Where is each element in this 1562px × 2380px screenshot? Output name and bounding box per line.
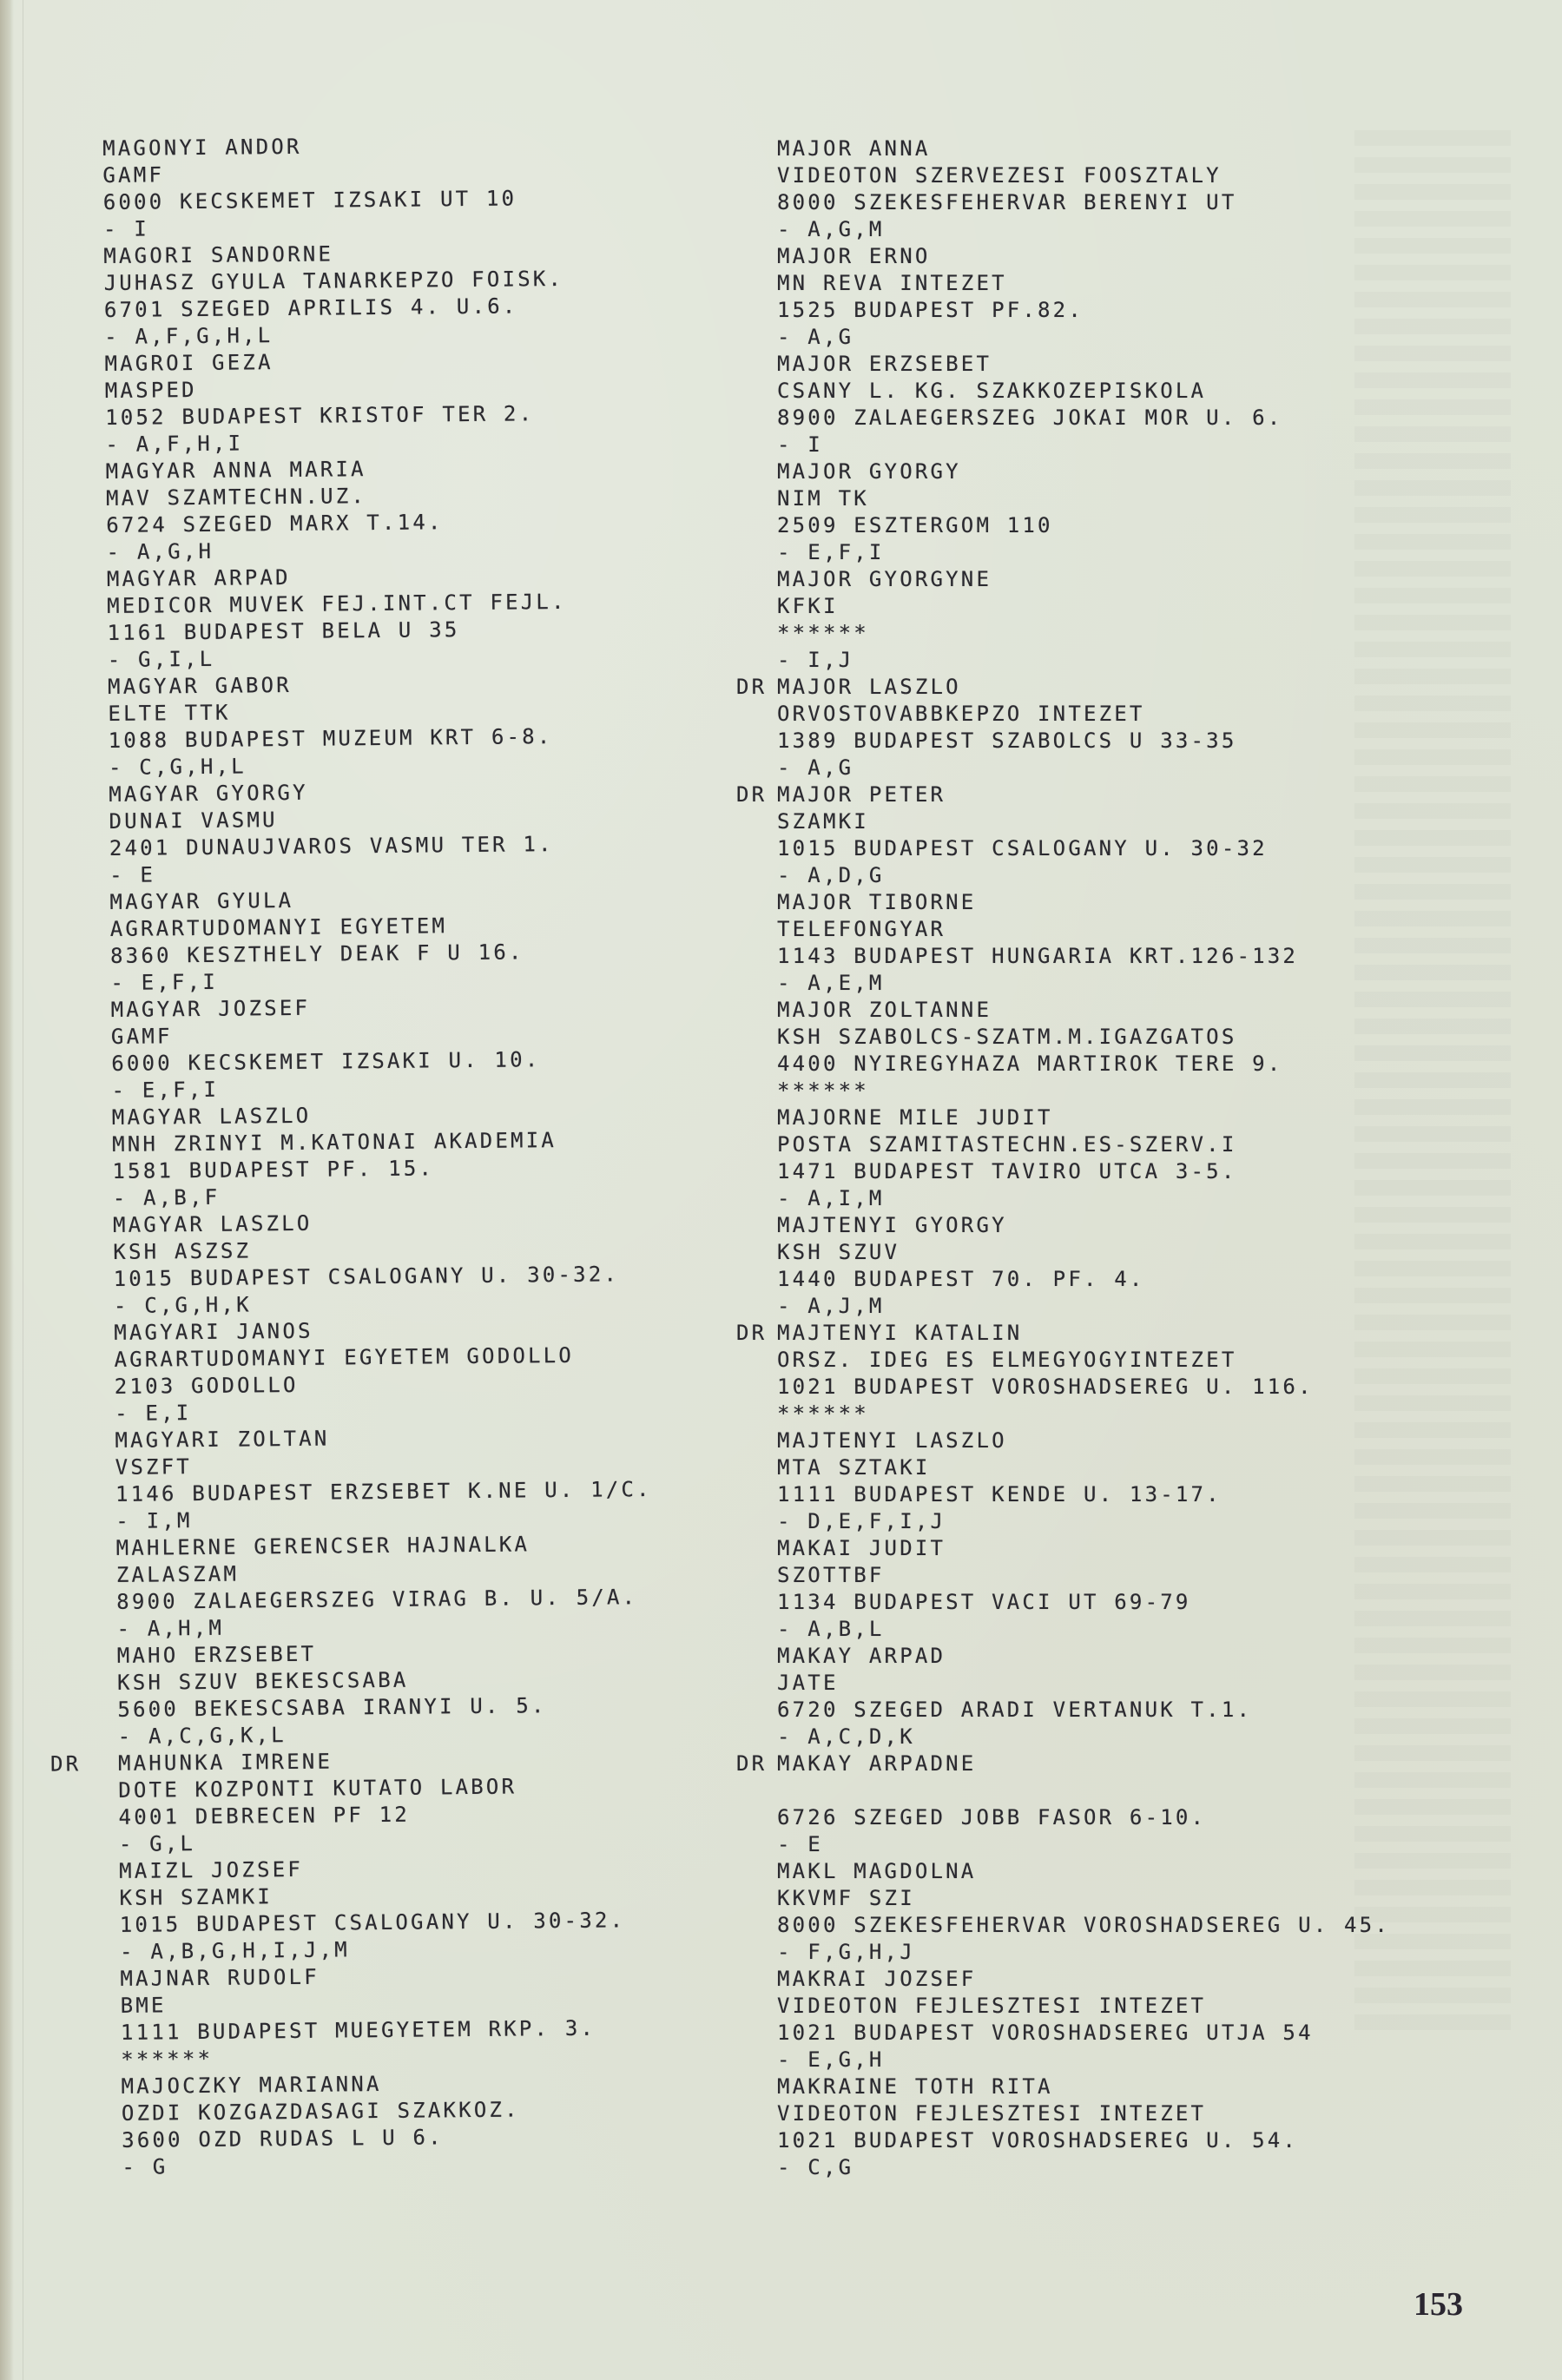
line-text: 1143 BUDAPEST HUNGARIA KRT.126-132 <box>777 944 1298 968</box>
line-text: VIDEOTON FEJLESZTESI INTEZET <box>777 2101 1206 2126</box>
line-text: KFKI <box>777 594 839 618</box>
line-text: MAV SZAMTECHN.UZ. <box>106 484 366 511</box>
line-text: BME <box>121 1993 167 2018</box>
line-text: 6726 SZEGED JOBB FASOR 6-10. <box>777 1805 1206 1830</box>
line-text: - A,F,G,H,L <box>104 323 273 349</box>
directory-line: 1015 BUDAPEST CSALOGANY U. 30-32 <box>736 835 1390 862</box>
line-text: MNH ZRINYI M.KATONAI AKADEMIA <box>112 1128 557 1157</box>
line-text: ELTE TTK <box>108 701 230 726</box>
line-text: - E <box>777 1832 823 1856</box>
line-text: 2401 DUNAUJVAROS VASMU TER 1. <box>109 832 554 860</box>
line-text: 6000 KECSKEMET IZSAKI UT 10 <box>103 186 517 214</box>
line-text: 1052 BUDAPEST KRISTOF TER 2. <box>105 401 534 430</box>
directory-line: JATE <box>736 1670 1390 1697</box>
line-text: 1134 BUDAPEST VACI UT 69-79 <box>777 1590 1191 1614</box>
line-text: 6000 KECSKEMET IZSAKI U. 10. <box>111 1047 540 1076</box>
line-text: MAJOR LASZLO <box>777 675 961 699</box>
directory-line: MN REVA INTEZET <box>736 270 1390 297</box>
directory-line: VIDEOTON FEJLESZTESI INTEZET <box>736 1993 1390 2020</box>
directory-line: 1111 BUDAPEST KENDE U. 13-17. <box>736 1481 1390 1508</box>
line-text: MAGYAR JOZSEF <box>111 996 311 1022</box>
line-text: - A,H,M <box>116 1616 224 1641</box>
directory-line: 1389 BUDAPEST SZABOLCS U 33-35 <box>736 728 1390 755</box>
directory-line: - A,G,M <box>736 216 1390 243</box>
line-text: ****** <box>777 1401 869 1426</box>
line-text: ****** <box>121 2047 213 2072</box>
directory-line: MAJOR ERZSEBET <box>736 351 1390 378</box>
line-text: - A,G <box>777 325 853 349</box>
directory-line: KKVMF SZI <box>736 1885 1390 1912</box>
line-text: - A,E,M <box>777 971 885 995</box>
directory-line: - A,C,D,K <box>736 1724 1390 1750</box>
line-text: 1111 BUDAPEST KENDE U. 13-17. <box>777 1482 1222 1506</box>
line-text: 6724 SZEGED MARX T.14. <box>106 510 444 537</box>
directory-line: - F,G,H,J <box>736 1939 1390 1966</box>
line-text: MAKRAI JOZSEF <box>777 1967 976 1991</box>
directory-line: 6720 SZEGED ARADI VERTANUK T.1. <box>736 1697 1390 1724</box>
line-text: - E,I <box>115 1401 192 1426</box>
line-text: 1161 BUDAPEST BELA U 35 <box>107 617 459 645</box>
line-text: ****** <box>777 1078 869 1103</box>
directory-line: 1525 BUDAPEST PF.82. <box>736 297 1390 324</box>
directory-line: VIDEOTON FEJLESZTESI INTEZET <box>736 2100 1390 2127</box>
line-text: 1389 BUDAPEST SZABOLCS U 33-35 <box>777 729 1236 753</box>
line-text: 6720 SZEGED ARADI VERTANUK T.1. <box>777 1698 1252 1722</box>
line-text: JUHASZ GYULA TANARKEPZO FOISK. <box>103 267 564 295</box>
line-text: 1088 BUDAPEST MUZEUM KRT 6-8. <box>109 724 553 753</box>
line-text: VSZFT <box>115 1454 193 1480</box>
line-text: - G <box>122 2154 168 2179</box>
directory-line: MTA SZTAKI <box>736 1454 1390 1481</box>
line-text: 1471 BUDAPEST TAVIRO UTCA 3-5. <box>777 1159 1236 1183</box>
directory-line: KSH SZUV <box>736 1239 1390 1266</box>
line-text: ZALASZAM <box>116 1562 239 1587</box>
line-text: - E,F,I <box>777 540 885 564</box>
line-text: MAJTENYI LASZLO <box>777 1428 1007 1453</box>
directory-line: MAJORNE MILE JUDIT <box>736 1104 1390 1131</box>
directory-line: MAKAI JUDIT <box>736 1535 1390 1562</box>
line-text: MAGYAR GYULA <box>109 888 293 914</box>
line-text: - D,E,F,I,J <box>777 1509 946 1533</box>
line-text: MAHLERNE GERENCSER HAJNALKA <box>115 1532 530 1560</box>
directory-line: 1440 BUDAPEST 70. PF. 4. <box>736 1266 1390 1293</box>
directory-line: CSANY L. KG. SZAKKOZEPISKOLA <box>736 378 1390 405</box>
directory-line: NIM TK <box>736 485 1390 512</box>
line-text: KSH SZUV BEKESCSABA <box>117 1668 409 1695</box>
line-text: - I,M <box>115 1508 193 1533</box>
directory-line: - G <box>122 2149 658 2181</box>
line-text: MAKAY ARPADNE <box>777 1751 976 1776</box>
directory-line: - A,E,M <box>736 970 1390 997</box>
line-text: MAJOR GYORGYNE <box>777 567 992 591</box>
line-text: MAHUNKA IMRENE <box>118 1750 333 1776</box>
line-text: MAGORI SANDORNE <box>103 241 333 268</box>
line-text: ORSZ. IDEG ES ELMEGYOGYINTEZET <box>777 1348 1236 1372</box>
line-text: TELEFONGYAR <box>777 917 946 941</box>
line-text: VIDEOTON SZERVEZESI FOOSZTALY <box>777 163 1222 188</box>
line-text: JATE <box>777 1671 839 1695</box>
directory-line: - C,G <box>736 2154 1390 2181</box>
line-text: KSH ASZSZ <box>113 1238 251 1264</box>
line-text: MAKAY ARPAD <box>777 1644 946 1668</box>
line-text: MAJTENYI GYORGY <box>777 1213 1007 1237</box>
line-text: MAGYAR ARPAD <box>107 565 291 591</box>
directory-line: - A,G <box>736 755 1390 781</box>
line-text: - G,I,L <box>108 647 215 672</box>
line-text: VIDEOTON FEJLESZTESI INTEZET <box>777 1994 1206 2018</box>
line-text: - I <box>777 432 823 457</box>
line-text: 1015 BUDAPEST CSALOGANY U. 30-32. <box>114 1262 620 1291</box>
directory-line: - E,G,H <box>736 2047 1390 2073</box>
line-text: 1015 BUDAPEST CSALOGANY U. 30-32. <box>120 1908 626 1937</box>
line-text: - E,F,I <box>111 1078 219 1103</box>
directory-line: 1021 BUDAPEST VOROSHADSEREG UTJA 54 <box>736 2020 1390 2047</box>
title-prefix: DR <box>50 1750 82 1777</box>
page-crease <box>23 0 23 2380</box>
binding-edge <box>0 0 14 2380</box>
line-text: - A,B,L <box>777 1617 885 1641</box>
directory-line: - E,F,I <box>736 539 1390 566</box>
line-text: - A,D,G <box>777 863 885 887</box>
directory-line: ****** <box>736 1401 1390 1427</box>
title-prefix: DR <box>736 1320 767 1347</box>
line-text: MAKAI JUDIT <box>777 1536 946 1560</box>
directory-line: MAJTENYI GYORGY <box>736 1212 1390 1239</box>
line-text: - C,G,H,L <box>109 754 247 780</box>
line-text: MAGYAR LASZLO <box>113 1211 313 1237</box>
directory-line: 1471 BUDAPEST TAVIRO UTCA 3-5. <box>736 1158 1390 1185</box>
line-text: 2509 ESZTERGOM 110 <box>777 513 1053 537</box>
directory-line: MAKRAI JOZSEF <box>736 1966 1390 1993</box>
line-text: - E <box>109 862 155 887</box>
line-text: 4400 NYIREGYHAZA MARTIROK TERE 9. <box>777 1052 1282 1076</box>
directory-line: - I,J <box>736 647 1390 674</box>
line-text: MAGYAR LASZLO <box>112 1104 312 1130</box>
line-text: GAMF <box>111 1024 173 1049</box>
directory-line: KFKI <box>736 593 1390 620</box>
directory-line: ****** <box>736 1078 1390 1104</box>
line-text: - A,G,H <box>106 539 214 564</box>
line-text: GAMF <box>102 162 164 188</box>
line-text: 1440 BUDAPEST 70. PF. 4. <box>777 1267 1145 1291</box>
line-text: MAJTENYI KATALIN <box>777 1321 1022 1345</box>
title-prefix: DR <box>736 1750 767 1777</box>
line-text: - G,L <box>119 1831 196 1856</box>
line-text: - I,J <box>777 648 853 672</box>
line-text: KSH SZAMKI <box>119 1884 273 1910</box>
directory-line: ORVOSTOVABBKEPZO INTEZET <box>736 701 1390 728</box>
line-text: 1581 BUDAPEST PF. 15. <box>112 1156 434 1183</box>
line-text: SZOTTBF <box>777 1563 885 1587</box>
line-text: MAJOR GYORGY <box>777 459 961 484</box>
directory-line: 1143 BUDAPEST HUNGARIA KRT.126-132 <box>736 943 1390 970</box>
line-text: 8000 SZEKESFEHERVAR BERENYI UT <box>777 190 1236 214</box>
directory-line: DRMAJOR PETER <box>736 781 1390 808</box>
directory-line: MAKRAINE TOTH RITA <box>736 2073 1390 2100</box>
line-text: MTA SZTAKI <box>777 1455 931 1480</box>
directory-line: 4400 NYIREGYHAZA MARTIROK TERE 9. <box>736 1051 1390 1078</box>
line-text: MAJNAR RUDOLF <box>120 1965 320 1991</box>
line-text: CSANY L. KG. SZAKKOZEPISKOLA <box>777 379 1206 403</box>
line-text: MAGYARI ZOLTAN <box>115 1427 329 1453</box>
line-text: - C,G <box>777 2155 853 2179</box>
directory-line: POSTA SZAMITASTECHN.ES-SZERV.I <box>736 1131 1390 1158</box>
line-text: MAJORNE MILE JUDIT <box>777 1105 1053 1130</box>
line-text: - A,G <box>777 755 853 780</box>
line-text: MAJOR ERZSEBET <box>777 352 992 376</box>
directory-line: MAJOR ANNA <box>736 135 1390 162</box>
line-text: MAGONYI ANDOR <box>102 135 302 161</box>
line-text: - A,C,D,K <box>777 1724 915 1749</box>
directory-line: MAJOR ZOLTANNE <box>736 997 1390 1024</box>
line-text: KSH SZABOLCS-SZATM.M.IGAZGATOS <box>777 1025 1236 1049</box>
line-text: 6701 SZEGED APRILIS 4. U.6. <box>104 293 518 322</box>
line-text: - I <box>103 216 149 241</box>
line-text: 1021 BUDAPEST VOROSHADSEREG U. 116. <box>777 1375 1314 1399</box>
directory-column-left: MAGONYI ANDORGAMF6000 KECSKEMET IZSAKI U… <box>102 130 658 2181</box>
directory-line: - A,B,L <box>736 1616 1390 1643</box>
line-text: - A,B,F <box>113 1185 221 1210</box>
directory-line: MAJOR GYORGYNE <box>736 566 1390 593</box>
line-text: 3600 OZD RUDAS L U 6. <box>122 2125 444 2153</box>
line-text: MAJOR ZOLTANNE <box>777 998 992 1022</box>
directory-line: DRMAJTENYI KATALIN <box>736 1320 1390 1347</box>
directory-line: DRMAJOR LASZLO <box>736 674 1390 701</box>
page-number: 153 <box>1414 2285 1463 2324</box>
line-text: 8900 ZALAEGERSZEG JOKAI MOR U. 6. <box>777 405 1282 430</box>
line-text: - A,F,H,I <box>105 431 243 457</box>
line-text: 8360 KESZTHELY DEAK F U 16. <box>110 939 524 968</box>
title-prefix: DR <box>736 781 767 808</box>
directory-line: 2509 ESZTERGOM 110 <box>736 512 1390 539</box>
line-text: - E,F,I <box>110 970 218 995</box>
line-text: 1021 BUDAPEST VOROSHADSEREG UTJA 54 <box>777 2021 1314 2045</box>
directory-line: SZAMKI <box>736 808 1390 835</box>
line-text: - C,G,H,K <box>114 1292 252 1318</box>
line-text: MAIZL JOZSEF <box>119 1857 303 1883</box>
line-text: AGRARTUDOMANYI EGYETEM <box>110 913 448 941</box>
line-text: OZDI KOZGAZDASAGI SZAKKOZ. <box>122 2097 520 2125</box>
directory-line: 8000 SZEKESFEHERVAR BERENYI UT <box>736 189 1390 216</box>
directory-line: - A,D,G <box>736 862 1390 889</box>
line-text: AGRARTUDOMANYI EGYETEM GODOLLO <box>114 1343 574 1372</box>
line-text: MAGYAR GYORGY <box>109 781 308 807</box>
line-text: MAGYAR ANNA MARIA <box>106 457 366 484</box>
line-text: - A,C,G,K,L <box>118 1723 287 1749</box>
line-text: 1021 BUDAPEST VOROSHADSEREG U. 54. <box>777 2128 1298 2153</box>
directory-line: ****** <box>736 620 1390 647</box>
line-text: MAKRAINE TOTH RITA <box>777 2074 1053 2099</box>
line-text: MAGROI GEZA <box>104 350 273 376</box>
line-text: 1525 BUDAPEST PF.82. <box>777 298 1084 322</box>
line-text: - A,I,M <box>777 1186 885 1210</box>
directory-line: - A,J,M <box>736 1293 1390 1320</box>
line-text: KSH SZUV <box>777 1240 900 1264</box>
directory-line: 1134 BUDAPEST VACI UT 69-79 <box>736 1589 1390 1616</box>
title-prefix: DR <box>736 674 767 701</box>
line-text: 4001 DEBRECEN PF 12 <box>118 1803 410 1830</box>
printed-page: MAGONYI ANDORGAMF6000 KECSKEMET IZSAKI U… <box>0 0 1562 2380</box>
line-text: ORVOSTOVABBKEPZO INTEZET <box>777 702 1145 726</box>
directory-line: - E <box>736 1831 1390 1858</box>
line-text: 8900 ZALAEGERSZEG VIRAG B. U. 5/A. <box>116 1585 637 1614</box>
directory-line: 1021 BUDAPEST VOROSHADSEREG U. 54. <box>736 2127 1390 2154</box>
directory-line: - D,E,F,I,J <box>736 1508 1390 1535</box>
line-text: MAJOR ERNO <box>777 244 931 268</box>
directory-line: 8000 SZEKESFEHERVAR VOROSHADSEREG U. 45. <box>736 1912 1390 1939</box>
directory-line: MAJTENYI LASZLO <box>736 1427 1390 1454</box>
line-text: 1015 BUDAPEST CSALOGANY U. 30-32 <box>777 836 1268 860</box>
directory-line: MAJOR TIBORNE <box>736 889 1390 916</box>
directory-line: MAJOR ERNO <box>736 243 1390 270</box>
directory-line: 6726 SZEGED JOBB FASOR 6-10. <box>736 1804 1390 1831</box>
line-text: MAJOR TIBORNE <box>777 890 976 914</box>
line-text: MASPED <box>105 378 197 403</box>
directory-line: - I <box>736 432 1390 458</box>
directory-line: MAKAY ARPAD <box>736 1643 1390 1670</box>
line-text: DUNAI VASMU <box>109 808 277 834</box>
directory-line: VIDEOTON SZERVEZESI FOOSZTALY <box>736 162 1390 189</box>
line-text: 1146 BUDAPEST ERZSEBET K.NE U. 1/C. <box>115 1477 652 1506</box>
line-text: SZAMKI <box>777 809 869 834</box>
directory-line: SZOTTBF <box>736 1562 1390 1589</box>
line-text: - A,B,G,H,I,J,M <box>120 1937 350 1964</box>
line-text: NIM TK <box>777 486 869 511</box>
line-text: MAHO ERZSEBET <box>117 1642 317 1668</box>
directory-line: KSH SZABOLCS-SZATM.M.IGAZGATOS <box>736 1024 1390 1051</box>
directory-line: 1021 BUDAPEST VOROSHADSEREG U. 116. <box>736 1374 1390 1401</box>
line-text: - F,G,H,J <box>777 1940 915 1964</box>
directory-line: - A,I,M <box>736 1185 1390 1212</box>
line-text: MAGYARI JANOS <box>114 1319 313 1345</box>
line-text: KKVMF SZI <box>777 1886 915 1910</box>
directory-line: 8900 ZALAEGERSZEG JOKAI MOR U. 6. <box>736 405 1390 432</box>
line-text: MAGYAR GABOR <box>108 673 292 699</box>
line-text: 5600 BEKESCSABA IRANYI U. 5. <box>117 1693 546 1722</box>
directory-line <box>736 1777 1390 1804</box>
line-text: MAJOR ANNA <box>777 136 931 161</box>
line-text: MAJOCZKY MARIANNA <box>121 2072 381 2099</box>
directory-line: DRMAKAY ARPADNE <box>736 1750 1390 1777</box>
directory-line: MAKL MAGDOLNA <box>736 1858 1390 1885</box>
line-text: MAJOR PETER <box>777 782 946 807</box>
directory-line: - A,G <box>736 324 1390 351</box>
line-text: - A,G,M <box>777 217 885 241</box>
line-text: 8000 SZEKESFEHERVAR VOROSHADSEREG U. 45. <box>777 1913 1390 1937</box>
line-text: DOTE KOZPONTI KUTATO LABOR <box>118 1775 517 1803</box>
line-text: - E,G,H <box>777 2047 885 2072</box>
line-text: ****** <box>777 621 869 645</box>
line-text: 1111 BUDAPEST MUEGYETEM RKP. 3. <box>121 2016 596 2045</box>
directory-line: ORSZ. IDEG ES ELMEGYOGYINTEZET <box>736 1347 1390 1374</box>
directory-line: TELEFONGYAR <box>736 916 1390 943</box>
directory-line: MAJOR GYORGY <box>736 458 1390 485</box>
line-text: MEDICOR MUVEK FEJ.INT.CT FEJL. <box>107 590 567 618</box>
line-text: MN REVA INTEZET <box>777 271 1007 295</box>
line-text: 2103 GODOLLO <box>115 1373 299 1399</box>
directory-column-right: MAJOR ANNAVIDEOTON SZERVEZESI FOOSZTALY8… <box>736 135 1390 2181</box>
line-text: - A,J,M <box>777 1294 885 1318</box>
line-text: MAKL MAGDOLNA <box>777 1859 976 1883</box>
line-text: POSTA SZAMITASTECHN.ES-SZERV.I <box>777 1132 1236 1157</box>
